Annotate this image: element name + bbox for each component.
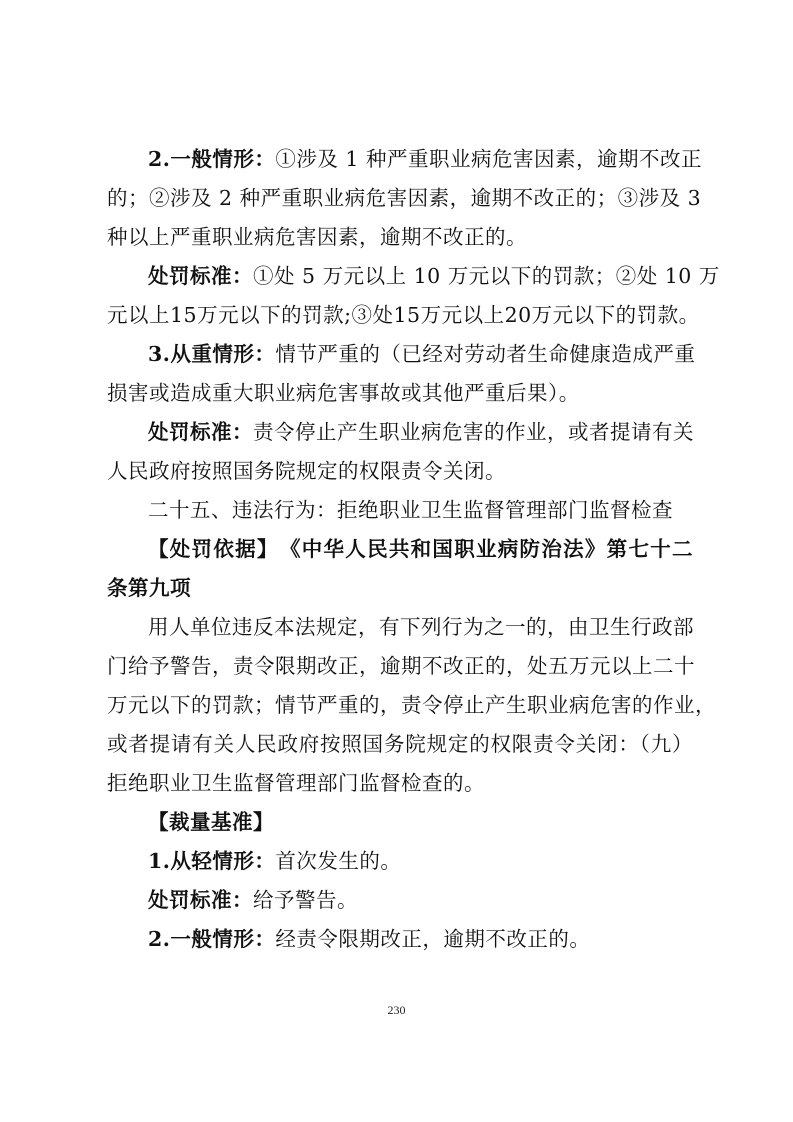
line-text: ①处 5 万元以上 10 万元以下的罚款；②处 10 万 [253,264,720,288]
text-line: 种以上严重职业病危害因素，逾期不改正的。 [107,218,693,257]
page-number: 230 [0,1003,793,1018]
text-line: 【裁量基准】 [107,803,693,842]
bold-label: 【裁量基准】 [148,810,274,834]
line-text: 种以上严重职业病危害因素，逾期不改正的。 [107,225,527,249]
text-line: 的；②涉及 2 种严重职业病危害因素，逾期不改正的；③涉及 3 [107,179,693,218]
bold-label: 条第九项 [107,576,191,600]
bold-label: 1.从轻情形： [148,849,275,873]
text-line: 万元以下的罚款；情节严重的，责令停止产生职业病危害的作业， [107,686,693,725]
text-line: 拒绝职业卫生监督管理部门监督检查的。 [107,764,693,803]
line-text: ①涉及 1 种严重职业病危害因素，逾期不改正 [275,147,702,171]
text-line: 损害或造成重大职业病危害事故或其他严重后果）。 [107,374,693,413]
text-line: 【处罚依据】 《中华人民共和国职业病防治法》第七十二 [107,530,693,569]
line-text: 人民政府按照国务院规定的权限责令关闭。 [107,459,506,483]
text-line: 或者提请有关人民政府按照国务院规定的权限责令关闭：（九） [107,725,693,764]
text-line: 人民政府按照国务院规定的权限责令关闭。 [107,452,693,491]
text-line: 3.从重情形：情节严重的（已经对劳动者生命健康造成严重 [107,335,693,374]
line-text: 或者提请有关人民政府按照国务院规定的权限责令关闭：（九） [107,732,693,756]
text-line: 2.一般情形：①涉及 1 种严重职业病危害因素，逾期不改正 [107,140,693,179]
line-text: 首次发生的。 [275,849,401,873]
text-line: 处罚标准：责令停止产生职业病危害的作业，或者提请有关 [107,413,693,452]
line-text: 的；②涉及 2 种严重职业病危害因素，逾期不改正的；③涉及 3 [107,186,701,210]
text-line: 1.从轻情形：首次发生的。 [107,842,693,881]
bold-label: 3.从重情形： [148,342,275,366]
text-line: 用人单位违反本法规定，有下列行为之一的，由卫生行政部 [107,608,693,647]
line-text: 元以上15万元以下的罚款;③处15万元以上20万元以下的罚款。 [107,303,700,327]
bold-label: 2.一般情形： [148,147,275,171]
line-text: 二十五、违法行为：拒绝职业卫生监督管理部门监督检查 [148,498,673,522]
line-text: 情节严重的（已经对劳动者生命健康造成严重 [275,342,695,366]
text-line: 处罚标准：①处 5 万元以上 10 万元以下的罚款；②处 10 万 [107,257,693,296]
bold-label: 2.一般情形： [148,927,275,951]
line-text: 责令停止产生职业病危害的作业，或者提请有关 [253,420,694,444]
line-text: 万元以下的罚款；情节严重的，责令停止产生职业病危害的作业， [107,693,716,717]
text-line: 二十五、违法行为：拒绝职业卫生监督管理部门监督检查 [107,491,693,530]
bold-label: 处罚标准： [148,264,253,288]
line-text: 经责令限期改正，逾期不改正的。 [275,927,590,951]
line-text: 拒绝职业卫生监督管理部门监督检查的。 [107,771,485,795]
document-page: 2.一般情形：①涉及 1 种严重职业病危害因素，逾期不改正的；②涉及 2 种严重… [107,140,693,959]
text-line: 2.一般情形：经责令限期改正，逾期不改正的。 [107,920,693,959]
line-text: 门给予警告，责令限期改正，逾期不改正的，处五万元以上二十 [107,654,695,678]
text-line: 处罚标准：给予警告。 [107,881,693,920]
text-line: 条第九项 [107,569,693,608]
line-text: 损害或造成重大职业病危害事故或其他严重后果）。 [107,381,580,405]
text-line: 元以上15万元以下的罚款;③处15万元以上20万元以下的罚款。 [107,296,693,335]
bold-label: 处罚标准： [148,888,253,912]
line-text: 给予警告。 [253,888,358,912]
text-line: 门给予警告，责令限期改正，逾期不改正的，处五万元以上二十 [107,647,693,686]
line-text: 用人单位违反本法规定，有下列行为之一的，由卫生行政部 [148,615,694,639]
bold-label: 【处罚依据】 《中华人民共和国职业病防治法》第七十二 [148,537,693,561]
bold-label: 处罚标准： [148,420,253,444]
